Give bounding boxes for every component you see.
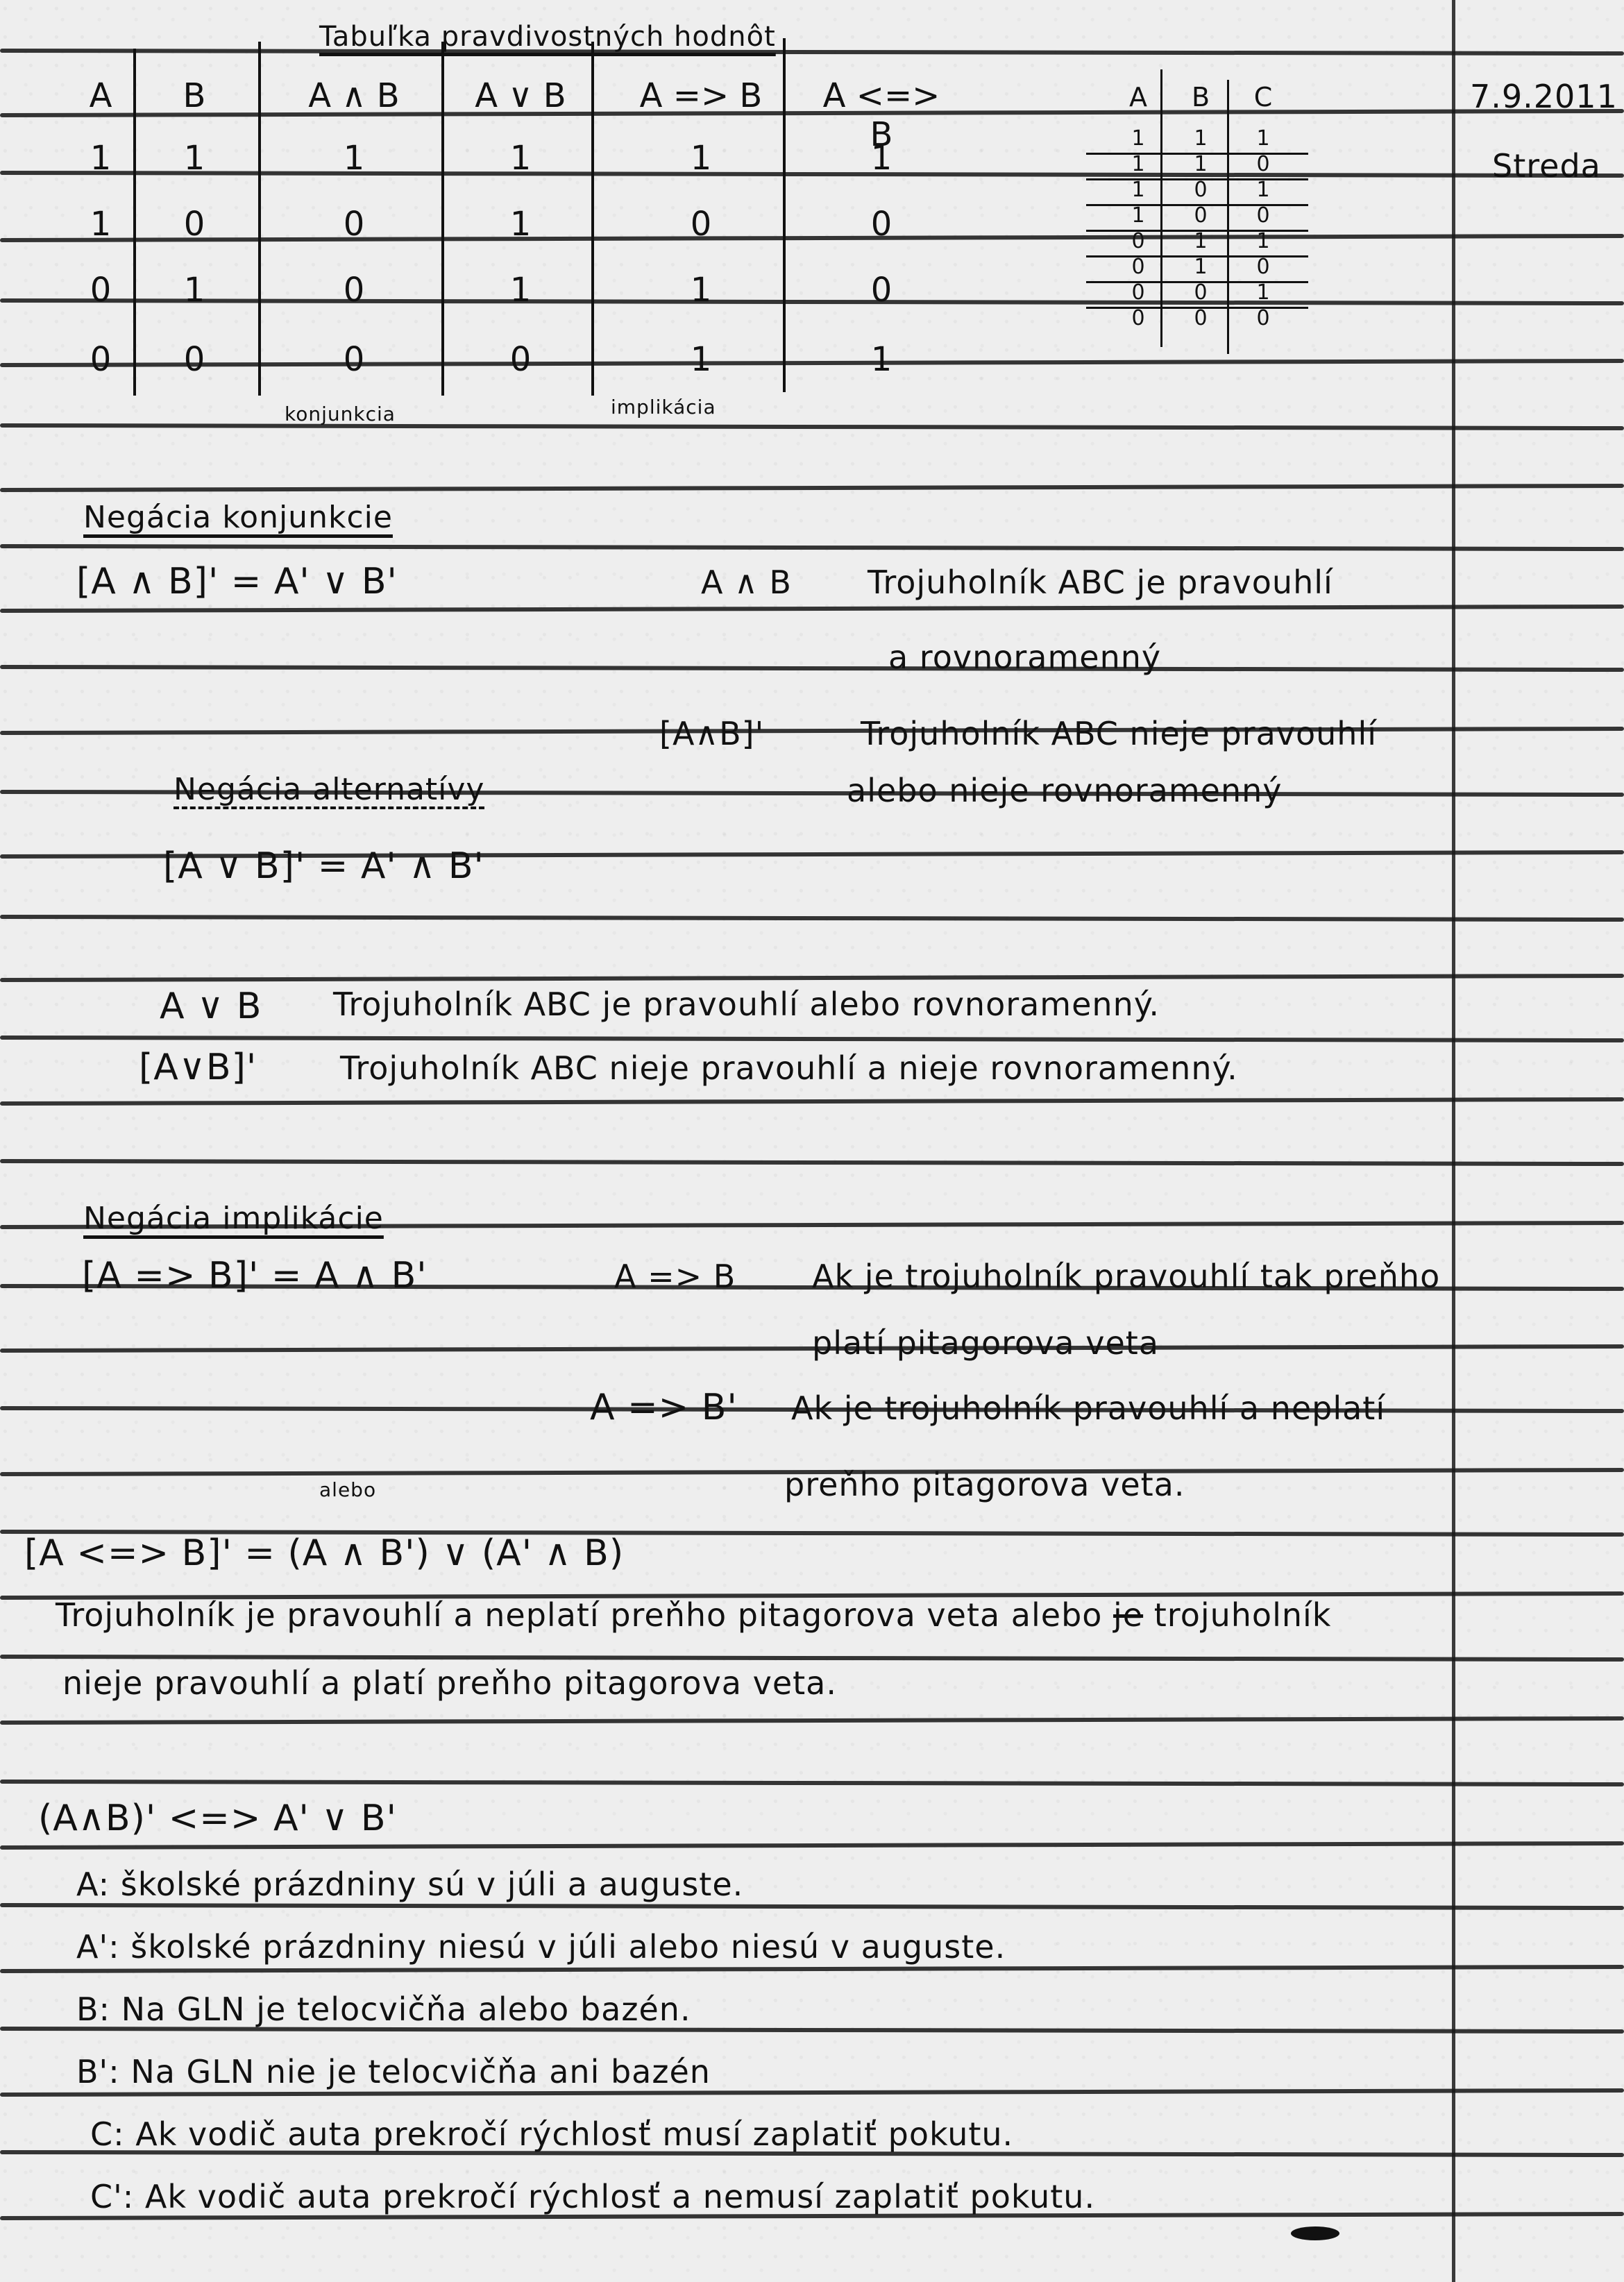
col-divider (591, 42, 594, 396)
table-cell: 0 (819, 205, 944, 244)
table-cell: 0 (132, 340, 257, 379)
table-cell: 0 (1117, 306, 1159, 330)
truth-table-title: Tabuľka pravdivostných hodnôt (319, 21, 776, 53)
table-cell: 1 (819, 139, 944, 178)
example-text: alebo nieje rovnoramenný (847, 772, 1282, 809)
struck-word: je (1113, 1596, 1143, 1634)
example-text: Trojuholník ABC nieje pravouhlí (861, 715, 1377, 752)
table-cell: 0 (291, 340, 416, 379)
col-divider (1227, 80, 1229, 354)
example-symbol: A ∧ B (701, 564, 792, 601)
table-cell: 0 (1180, 178, 1221, 202)
table-cell: 0 (1180, 203, 1221, 228)
table-cell: 1 (1117, 152, 1159, 176)
example-symbol: A => B (614, 1258, 736, 1295)
example-symbol: [A∧B]' (659, 715, 764, 752)
example-text: a rovnoramenný (888, 639, 1161, 676)
table-cell: 0 (1117, 280, 1159, 305)
formula: (A∧B)' <=> A' ∨ B' (38, 1798, 397, 1839)
ruled-line (0, 974, 1624, 982)
table-header: B (132, 76, 257, 115)
table-header: C (1242, 82, 1284, 112)
table-cell: 1 (638, 139, 763, 178)
ruled-line (0, 665, 1624, 672)
table-cell: 1 (458, 205, 583, 244)
table-cell: 1 (132, 271, 257, 310)
table-cell: 0 (819, 271, 944, 310)
table-cell: 0 (1117, 229, 1159, 253)
table-cell: 1 (1180, 229, 1221, 253)
list-item: A: školské prázdniny sú v júli a auguste… (76, 1866, 743, 1903)
table-cell: 1 (819, 340, 944, 379)
list-item: C': Ak vodič auta prekročí rýchlosť a ne… (90, 2178, 1095, 2215)
formula: [A => B]' = A ∧ B' (82, 1255, 428, 1296)
equiv-text-line2: nieje pravouhlí a platí preňho pitagorov… (62, 1664, 837, 1702)
table-cell: 0 (1242, 203, 1284, 228)
text: Trojuholník je pravouhlí a neplatí preňh… (56, 1596, 1102, 1634)
table-cell: 0 (1117, 255, 1159, 279)
table-cell: 1 (1242, 126, 1284, 151)
ruled-line (0, 423, 1624, 430)
date: 7.9.2011 (1470, 78, 1618, 115)
ruled-line (0, 1036, 1624, 1042)
table-header: A => B (638, 76, 763, 115)
table-cell: 1 (1117, 178, 1159, 202)
ruled-line (0, 1965, 1624, 1973)
weekday: Streda (1492, 147, 1601, 185)
table-cell: 1 (1180, 126, 1221, 151)
ruled-line (0, 1841, 1624, 1850)
ruled-line (0, 1159, 1624, 1166)
ruled-line (0, 1716, 1624, 1725)
ruled-line (0, 484, 1624, 492)
example-symbol: A ∨ B (160, 986, 262, 1027)
example-text: Ak je trojuholník pravouhlí tak preňho (812, 1258, 1440, 1295)
table-cell: 1 (1242, 280, 1284, 305)
ruled-line (0, 1780, 1624, 1786)
table-header: B (1180, 82, 1221, 112)
table-cell: 0 (291, 205, 416, 244)
formula: [A ∨ B]' = A' ∧ B' (163, 845, 484, 887)
table-cell: 1 (1180, 255, 1221, 279)
ruled-line (0, 605, 1624, 613)
col-divider (1160, 69, 1162, 347)
table-cell: 1 (638, 340, 763, 379)
table-cell: 1 (291, 139, 416, 178)
list-item: B': Na GLN nie je telocvičňa ani bazén (76, 2053, 711, 2090)
table-cell: 1 (132, 139, 257, 178)
ruled-line (0, 727, 1624, 735)
or-note: alebo (319, 1478, 376, 1501)
table-cell: 0 (638, 205, 763, 244)
table-header: A ∨ B (458, 76, 583, 115)
list-item: A': školské prázdniny niesú v júli alebo… (76, 1928, 1006, 1966)
table-cell: 1 (638, 271, 763, 310)
col-divider (441, 42, 444, 396)
table-cell: 1 (458, 139, 583, 178)
section-heading: Negácia konjunkcie (83, 500, 393, 535)
table-cell: 0 (1242, 152, 1284, 176)
col-divider (783, 38, 786, 392)
example-symbol: [A∨B]' (139, 1047, 257, 1088)
table-cell: 1 (1242, 178, 1284, 202)
table-cell: 0 (1242, 255, 1284, 279)
formula: [A <=> B]' = (A ∧ B') ∨ (A' ∧ B) (24, 1532, 624, 1574)
example-text: platí pitagorova veta (812, 1324, 1159, 1362)
footnote-implikacia: implikácia (611, 396, 716, 419)
list-item: C: Ak vodič auta prekročí rýchlosť musí … (90, 2115, 1013, 2153)
table-cell: 0 (132, 205, 257, 244)
ruled-line (0, 1655, 1624, 1662)
example-text: Trojuholník ABC nieje pravouhlí a nieje … (340, 1049, 1238, 1087)
ruled-line (0, 1097, 1624, 1106)
table-cell: 0 (1180, 306, 1221, 330)
example-symbol: A => B' (590, 1387, 738, 1428)
ink-smudge (1291, 2226, 1339, 2240)
ruled-line (0, 1903, 1624, 1910)
ruled-line (0, 544, 1624, 551)
table-header: A (1117, 82, 1159, 112)
example-text: Trojuholník ABC je pravouhlí (868, 564, 1333, 601)
example-text: Trojuholník ABC je pravouhlí alebo rovno… (333, 986, 1160, 1023)
formula: [A ∧ B]' = A' ∨ B' (76, 561, 398, 602)
table-header: A ∧ B (291, 76, 416, 115)
ruled-line (0, 49, 1624, 56)
col-divider (258, 42, 261, 396)
margin-line (1452, 0, 1455, 2282)
table-cell: 1 (1117, 126, 1159, 151)
table-cell: 0 (1242, 306, 1284, 330)
section-heading: Negácia alternatívy (174, 772, 484, 807)
table-cell: 1 (458, 271, 583, 310)
table-cell: 0 (1180, 280, 1221, 305)
notebook-page: 7.9.2011 Streda Tabuľka pravdivostných h… (0, 0, 1624, 2282)
footnote-konjunkcia: konjunkcia (285, 403, 396, 425)
example-text: Ak je trojuholník pravouhlí a neplatí (791, 1389, 1385, 1427)
table-cell: 0 (458, 340, 583, 379)
table-cell: 1 (1117, 203, 1159, 228)
table-cell: 1 (1242, 229, 1284, 253)
text: trojuholník (1154, 1596, 1332, 1634)
example-text: preňho pitagorova veta. (784, 1466, 1185, 1503)
equiv-text-line1: Trojuholník je pravouhlí a neplatí preňh… (56, 1596, 1331, 1634)
ruled-line (0, 915, 1624, 922)
section-heading: Negácia implikácie (83, 1201, 384, 1236)
table-cell: 1 (1180, 152, 1221, 176)
table-cell: 0 (291, 271, 416, 310)
list-item: B: Na GLN je telocvičňa alebo bazén. (76, 1991, 691, 2028)
